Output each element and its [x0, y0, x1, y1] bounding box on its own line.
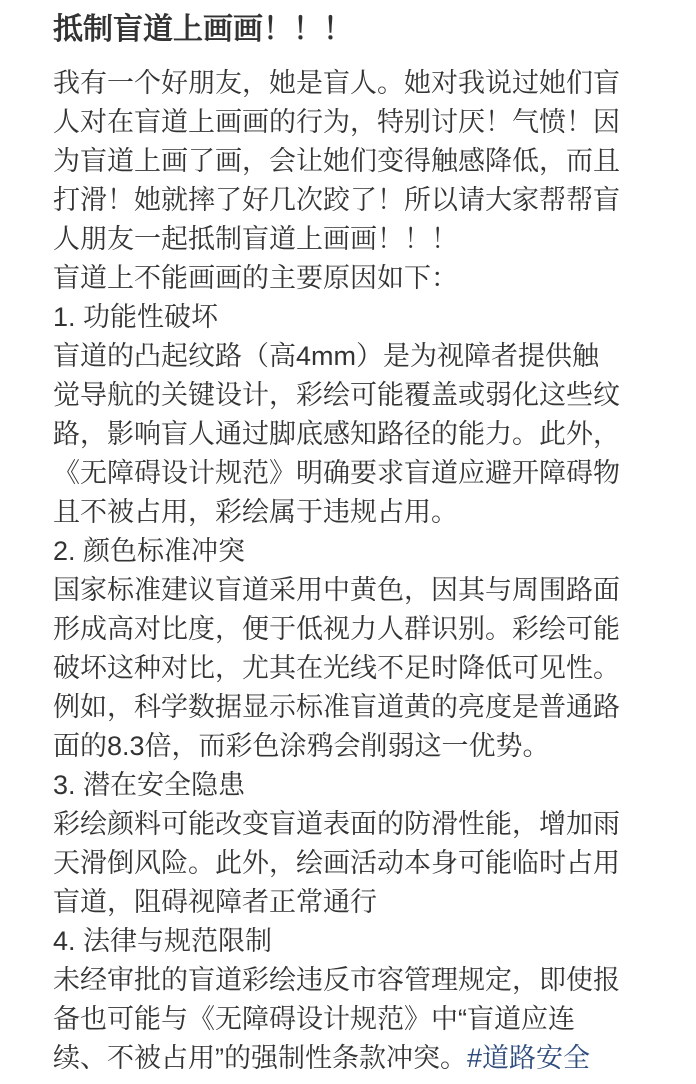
- post-page: 抵制盲道上画画！！！ 我有一个好朋友，她是盲人。她对我说过她们盲人对在盲道上画画…: [0, 0, 696, 1078]
- post-paragraph-reason-3: 彩绘颜料可能改变盲道表面的防滑性能，增加雨天滑倒风险。此外，绘画活动本身可能临时…: [53, 805, 625, 922]
- hashtag-road-safety-link[interactable]: #道路安全: [467, 1043, 590, 1073]
- post-paragraph-reason-1: 盲道的凸起纹路（高4mm）是为视障者提供触觉导航的关键设计，彩绘可能覆盖或弱化这…: [53, 337, 625, 532]
- post-paragraph-reason-4: 未经审批的盲道彩绘违反市容管理规定，即使报备也可能与《无障碍设计规范》中“盲道应…: [53, 961, 625, 1078]
- post-heading-reason-4: 4. 法律与规范限制: [53, 922, 625, 961]
- post-paragraph-reasons-lead: 盲道上不能画画的主要原因如下：: [53, 259, 625, 298]
- post-heading-reason-1: 1. 功能性破坏: [53, 298, 625, 337]
- post-heading-reason-2: 2. 颜色标准冲突: [53, 532, 625, 571]
- post-title: 抵制盲道上画画！！！: [53, 8, 643, 52]
- post-paragraph-reason-2: 国家标准建议盲道采用中黄色，因其与周围路面形成高对比度，便于低视力人群识别。彩绘…: [53, 571, 625, 766]
- post-paragraph-intro: 我有一个好朋友，她是盲人。她对我说过她们盲人对在盲道上画画的行为，特别讨厌！气愤…: [53, 64, 625, 259]
- post-heading-reason-3: 3. 潜在安全隐患: [53, 766, 625, 805]
